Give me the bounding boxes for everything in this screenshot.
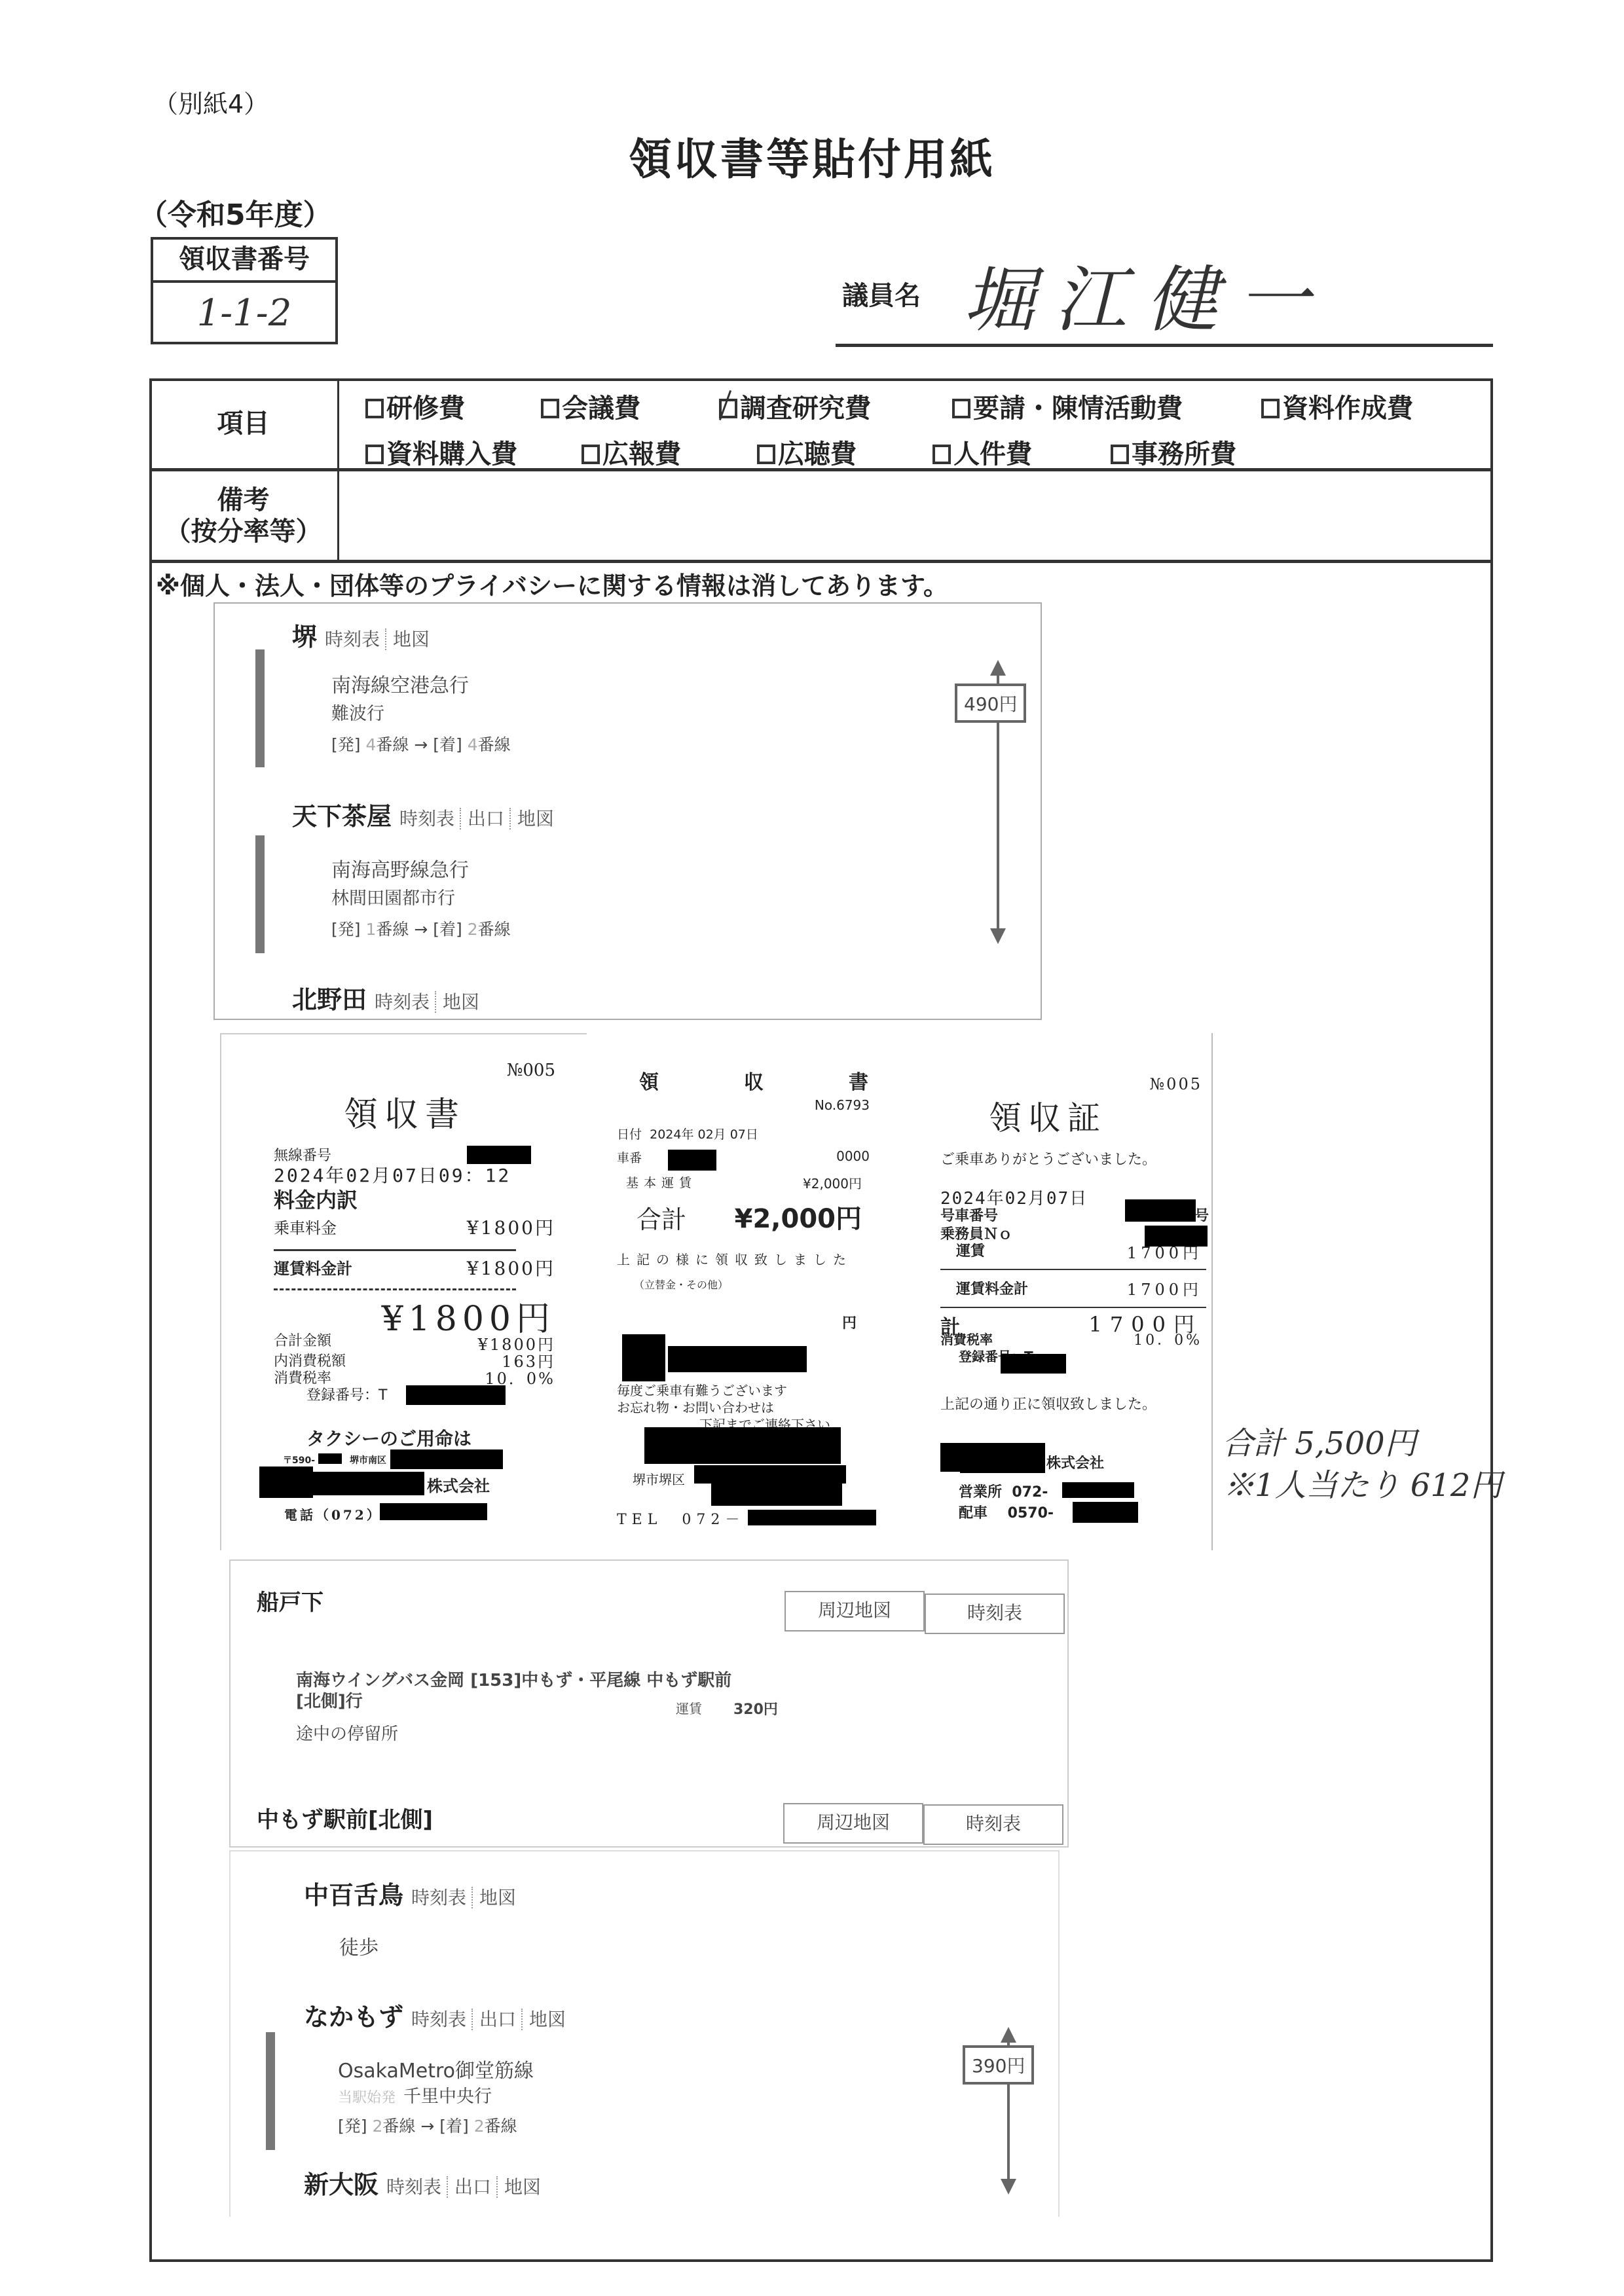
intermediate-stops-link[interactable]: 途中の停留所 [296, 1721, 398, 1745]
category-shiryou-kounyu[interactable]: 資料購入費 [365, 433, 517, 471]
map-link[interactable]: 地図 [435, 991, 479, 1013]
walk-label: 徒歩 [339, 1931, 378, 1960]
page-title: 領収書等貼付用紙 [0, 124, 1624, 187]
handwritten-per-person: ※1人当たり 612円 [1223, 1460, 1502, 1505]
thanks-text: 毎度ご乗車有難うございます [617, 1380, 787, 1399]
exit-link[interactable]: 出口 [447, 2176, 491, 2198]
bus-fare-value: 320円 [733, 1698, 778, 1719]
address: 堺市堺区 [633, 1469, 685, 1488]
fiscal-year: （令和5年度） [139, 191, 332, 233]
line-destination: 当駅始発千里中央行 [338, 2082, 492, 2107]
map-link[interactable]: 地図 [471, 1887, 516, 1908]
ride-fare-value: ¥1800円 [467, 1214, 555, 1240]
line-destination: 難波行 [331, 699, 384, 725]
line-name: 南海高野線急行 [331, 854, 469, 883]
platform-info: [発] 1番線 → [着] 2番線 [331, 917, 511, 940]
redaction [748, 1510, 876, 1525]
category-kenshu[interactable]: 研修費 [365, 388, 465, 425]
fare-total-value: 1700円 [1127, 1277, 1202, 1300]
fare-value: 1700円 [1127, 1240, 1202, 1263]
car-label: 車番 [617, 1148, 642, 1166]
company-suffix: 株式会社 [1046, 1452, 1104, 1472]
timetable-link[interactable]: 時刻表 [411, 1887, 466, 1908]
redaction [940, 1443, 960, 1472]
fare-badge: 390円 [963, 2045, 1034, 2085]
timetable-link[interactable]: 時刻表 [399, 808, 454, 829]
car-number-suffix: 号 [1194, 1205, 1209, 1225]
taxi-receipt-3: №005 領収証 ご乗車ありがとうございました。 2024年02月07日 号車番… [927, 1033, 1213, 1550]
advance-label: （立替金・その他） [634, 1277, 728, 1292]
checkbox-icon[interactable] [1111, 445, 1129, 464]
checkbox-icon[interactable] [952, 399, 970, 418]
total-value: ¥2,000円 [735, 1198, 862, 1235]
notes-field[interactable] [346, 478, 1486, 553]
line-name: OsakaMetro御堂筋線 [338, 2054, 534, 2083]
station-sakai: 堺時刻表地図 [292, 617, 430, 653]
line-bar [266, 2032, 275, 2150]
dispatch-label: 配車 0570- [959, 1502, 1054, 1522]
car-code: 0000 [836, 1148, 870, 1164]
category-kaigi[interactable]: 会議費 [541, 388, 640, 425]
redaction [694, 1465, 846, 1484]
checkbox-icon[interactable] [541, 399, 559, 418]
category-kouchou[interactable]: 広聴費 [757, 433, 857, 471]
redaction [259, 1467, 313, 1498]
redaction [1001, 1354, 1066, 1374]
category-yousei-chinjou[interactable]: 要請・陳情活動費 [952, 388, 1183, 425]
fare-total-label: 運賃料金計 [956, 1278, 1028, 1298]
receipt-number-label: 領収書番号 [153, 240, 335, 283]
redaction [668, 1346, 807, 1372]
lost-items-text: お忘れ物・お問い合わせは [617, 1397, 774, 1416]
line-name: 南海線空港急行 [331, 669, 469, 698]
map-link[interactable]: 地図 [496, 2176, 541, 2198]
station-nakamozu-nankai: 中百舌鳥時刻表地図 [304, 1875, 516, 1911]
checkbox-icon[interactable] [757, 445, 775, 464]
category-row: 項目 研修費 会議費 調査研究費 要請・陳情活動費 資料作成費 資料購入費 広報… [149, 378, 1493, 471]
receipt-number-box: 領収書番号 1-1-2 [151, 237, 338, 344]
receipt-number-value[interactable]: 1-1-2 [153, 283, 335, 344]
fare-label: 運賃 [956, 1240, 985, 1260]
category-kouhou[interactable]: 広報費 [581, 433, 681, 471]
date-label: 日付 2024年 02月 07日 [617, 1125, 758, 1142]
bus-stop-from: 船戸下 [257, 1584, 323, 1616]
redaction [390, 1449, 503, 1469]
fare-total-value: ¥1800円 [467, 1254, 555, 1281]
divider [274, 1249, 516, 1251]
map-link[interactable]: 地図 [385, 629, 430, 650]
tel-label: TEL 072－ [617, 1508, 745, 1529]
redaction [380, 1503, 487, 1520]
yen-mark: 円 [842, 1312, 857, 1332]
checkbox-icon[interactable] [365, 399, 384, 418]
category-jinken[interactable]: 人件費 [932, 433, 1032, 471]
postal-code: 〒590- [283, 1453, 315, 1467]
category-jimusho[interactable]: 事務所費 [1111, 433, 1236, 471]
exit-link[interactable]: 出口 [460, 808, 504, 829]
received-text: 上記の通り正に領収致しました。 [940, 1393, 1156, 1413]
map-link[interactable]: 地図 [521, 2009, 566, 2030]
checkbox-checked-icon[interactable] [719, 399, 737, 418]
privacy-notice: ※個人・法人・団体等のプライバシーに関する情報は消してあります。 [156, 566, 948, 602]
redaction [622, 1334, 665, 1381]
timetable-link[interactable]: 時刻表 [375, 991, 430, 1013]
nearby-map-button[interactable]: 周辺地図 [783, 1803, 923, 1844]
car-number-label: 号車番号 [940, 1205, 998, 1225]
timetable-link[interactable]: 時刻表 [325, 629, 380, 650]
redaction [668, 1150, 716, 1171]
redaction [313, 1472, 424, 1495]
nearby-map-button[interactable]: 周辺地図 [784, 1591, 925, 1631]
redaction [1062, 1482, 1134, 1498]
receipt-title: 領収書 [221, 1087, 588, 1136]
ride-fare-label: 乗車料金 [274, 1215, 337, 1238]
member-name-underline [836, 344, 1493, 347]
route-panel-2: 中百舌鳥時刻表地図 徒歩 なかもず時刻表出口地図 OsakaMetro御堂筋線 … [229, 1850, 1060, 2217]
exit-link[interactable]: 出口 [471, 2009, 516, 2030]
platform-info: [発] 4番線 → [着] 4番線 [331, 732, 511, 756]
tax-rate-label: 消費税率 [940, 1329, 993, 1348]
base-fare-value: ¥2,000円 [803, 1173, 862, 1192]
redaction [1073, 1502, 1138, 1523]
thanks-text: ご乗車ありがとうございました。 [940, 1148, 1156, 1169]
receipt-number: №005 [507, 1061, 555, 1080]
registration-label: 登録番号：T [306, 1384, 387, 1404]
receipt-number: No.6793 [815, 1097, 870, 1113]
timetable-link[interactable]: 時刻表 [411, 2009, 466, 2030]
bus-stop-to: 中もず駅前[北側] [257, 1802, 433, 1834]
station-shin-osaka: 新大阪時刻表出口地図 [304, 2164, 541, 2200]
redaction [1125, 1199, 1196, 1222]
category-label: 項目 [149, 378, 339, 468]
checkbox-icon[interactable] [365, 445, 384, 464]
line-bar [255, 835, 265, 953]
route-panel-1: 堺時刻表地図 南海線空港急行 難波行 [発] 4番線 → [着] 4番線 天下茶… [213, 602, 1042, 1020]
total-label: 合計金額 [274, 1333, 331, 1350]
bus-route-panel: 船戸下 周辺地図 時刻表 南海ウイングバス金岡 [153]中もず・平尾線 中もず… [229, 1559, 1069, 1848]
handwritten-total: 合計 5,500円 [1222, 1418, 1416, 1463]
receipt-title: 領収証 [989, 1092, 1107, 1139]
promo-text: タクシーのご用命は [306, 1425, 471, 1451]
line-destination: 林間田園都市行 [331, 884, 455, 909]
category-shiryou-sakusei[interactable]: 資料作成費 [1261, 388, 1413, 425]
line-bar [255, 649, 265, 767]
annex-label: （別紙4） [153, 84, 268, 120]
company-suffix: 株式会社 [427, 1473, 490, 1496]
redaction [644, 1427, 841, 1464]
fare-badge: 490円 [955, 683, 1026, 723]
member-name-label: 議員名 [842, 275, 921, 312]
phone-label: 電話（072） [284, 1504, 382, 1523]
category-chousa-kenkyu[interactable]: 調査研究費 [719, 388, 871, 425]
notes-row: 備考（按分率等） [149, 471, 1493, 563]
bus-fare-label: 運賃 [676, 1698, 702, 1717]
checkbox-icon[interactable] [1261, 399, 1280, 418]
taxi-receipt-1: №005 領収書 無線番号 2024年02月07日09：12 料金内訳 乗車料金… [220, 1033, 587, 1550]
redaction [960, 1443, 1045, 1473]
map-link[interactable]: 地図 [509, 808, 554, 829]
station-tengachaya: 天下茶屋時刻表出口地図 [292, 796, 554, 832]
received-text: 上記の様に領収致しました [617, 1249, 853, 1268]
divider [274, 1288, 516, 1290]
receipt-title: 領 収 書 [639, 1066, 901, 1095]
fare-breakdown-label: 料金内訳 [274, 1184, 358, 1214]
station-kitanoda: 北野田時刻表地図 [292, 979, 479, 1015]
divider [940, 1269, 1206, 1270]
checkbox-icon[interactable] [932, 445, 951, 464]
redaction [318, 1453, 342, 1464]
notes-label: 備考（按分率等） [149, 471, 339, 560]
address: 堺市南区 [350, 1453, 386, 1467]
receipt-number: №005 [1149, 1075, 1202, 1093]
fare-total-label: 運賃料金計 [274, 1256, 352, 1279]
timetable-button[interactable]: 時刻表 [925, 1594, 1065, 1634]
base-fare-label: 基本運賃 [626, 1173, 697, 1191]
tax-rate-value: 10．0% [1134, 1329, 1202, 1349]
checkbox-icon[interactable] [581, 445, 600, 464]
timetable-link[interactable]: 時刻表 [386, 2176, 441, 2198]
platform-info: [発] 2番線 → [着] 2番線 [338, 2113, 517, 2137]
taxi-receipt-2: 領 収 書 No.6793 日付 2024年 02月 07日 車番 0000 基… [587, 1033, 927, 1550]
redaction [711, 1484, 842, 1506]
bus-line-destination: [北側]行 [296, 1688, 363, 1712]
total-label: 合計 [637, 1199, 686, 1235]
office-label: 営業所 072- [959, 1481, 1048, 1501]
timetable-button[interactable]: 時刻表 [923, 1804, 1063, 1845]
station-nakamozu-metro: なかもず時刻表出口地図 [304, 1997, 566, 2033]
member-name-handwritten[interactable]: 堀江健一 [963, 242, 1329, 346]
redaction [406, 1385, 506, 1405]
